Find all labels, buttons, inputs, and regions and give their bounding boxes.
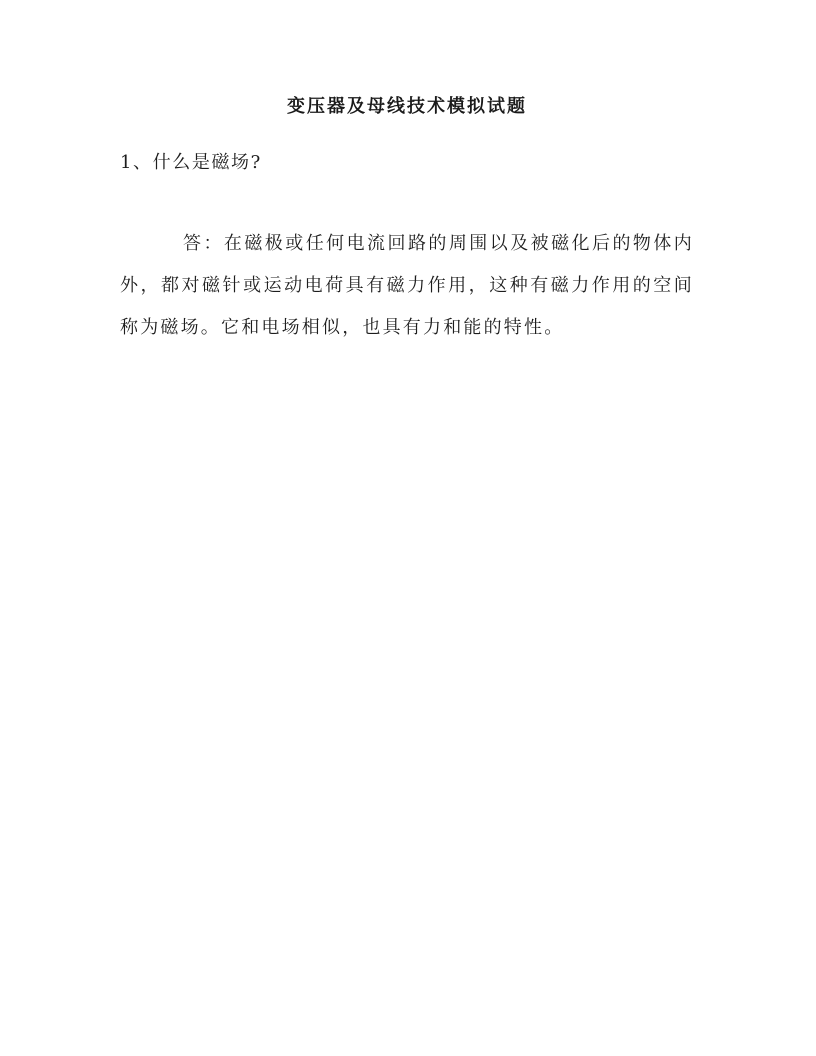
document-page: 变压器及母线技术模拟试题 1、什么是磁场? 答：在磁极或任何电流回路的周围以及被…: [0, 0, 816, 1056]
answer-1: 答：在磁极或任何电流回路的周围以及被磁化后的物体内外，都对磁针或运动电荷具有磁力…: [120, 223, 694, 349]
document-title: 变压器及母线技术模拟试题: [120, 96, 694, 118]
question-1: 1、什么是磁场?: [120, 151, 694, 175]
